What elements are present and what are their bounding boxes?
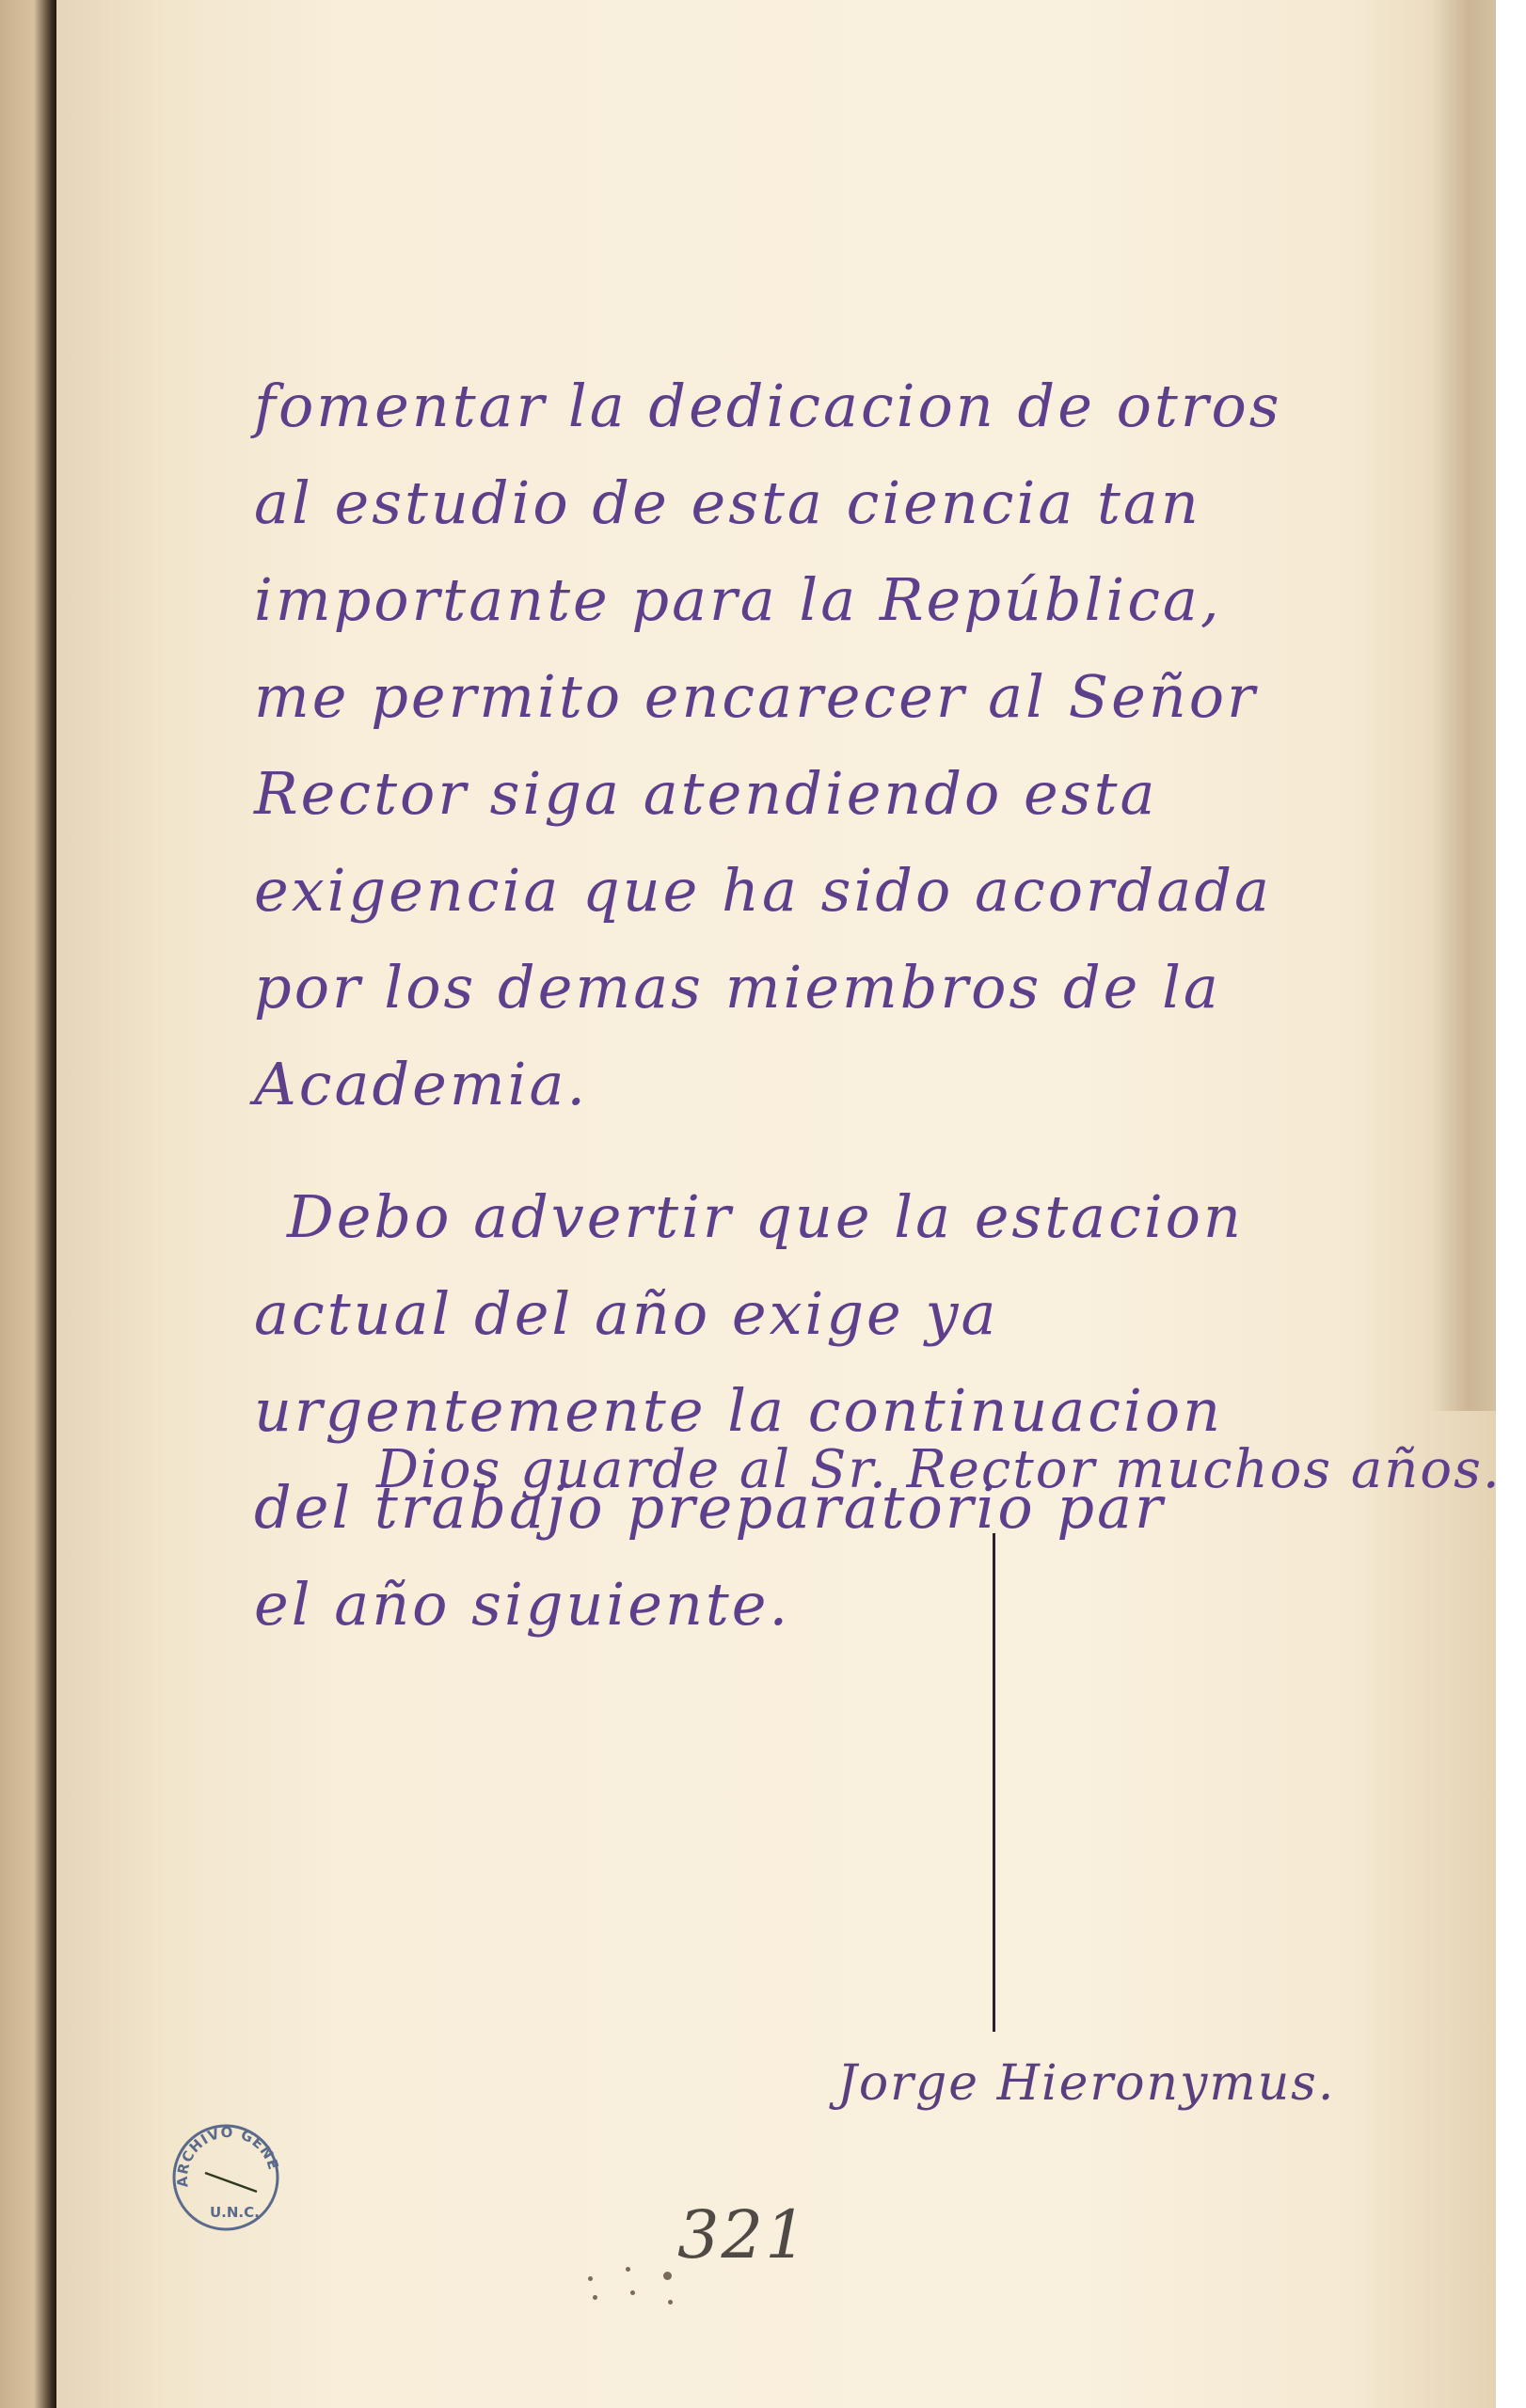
archive-stamp: ARCHIVO GENERAL U.N.C. (167, 2121, 285, 2234)
body-line: fomentar la dedicacion de otros (254, 357, 1496, 454)
scan-margin (1496, 0, 1526, 2408)
body-line: me permito encarecer al Señor (254, 648, 1496, 745)
vertical-rule (993, 1533, 995, 2032)
ink-speckles (574, 2257, 715, 2361)
signature: Jorge Hieronymus. (837, 2055, 1335, 2112)
closing-salutation: Dios guarde al Sr. Rector muchos años. (376, 1439, 1502, 1500)
body-line: el año siguiente. (254, 1556, 1496, 1653)
body-line: por los demas miembros de la (254, 939, 1496, 1036)
body-line: importante para la República, (254, 551, 1496, 648)
book-binding-edge (0, 0, 56, 2408)
stamp-bottom-text: U.N.C. (210, 2204, 260, 2221)
stamp-top-text: ARCHIVO GENERAL (167, 2121, 282, 2188)
body-line: Debo advertir que la estacion (254, 1168, 1496, 1265)
body-line: actual del año exige ya (254, 1265, 1496, 1362)
stamp-seal-icon: ARCHIVO GENERAL U.N.C. (167, 2121, 285, 2234)
body-line: exigencia que ha sido acordada (254, 842, 1496, 939)
svg-text:ARCHIVO GENERAL: ARCHIVO GENERAL (167, 2121, 282, 2188)
body-line: Academia. (254, 1036, 1496, 1133)
body-line: al estudio de esta ciencia tan (254, 454, 1496, 551)
body-line: Rector siga atendiendo esta (254, 745, 1496, 842)
